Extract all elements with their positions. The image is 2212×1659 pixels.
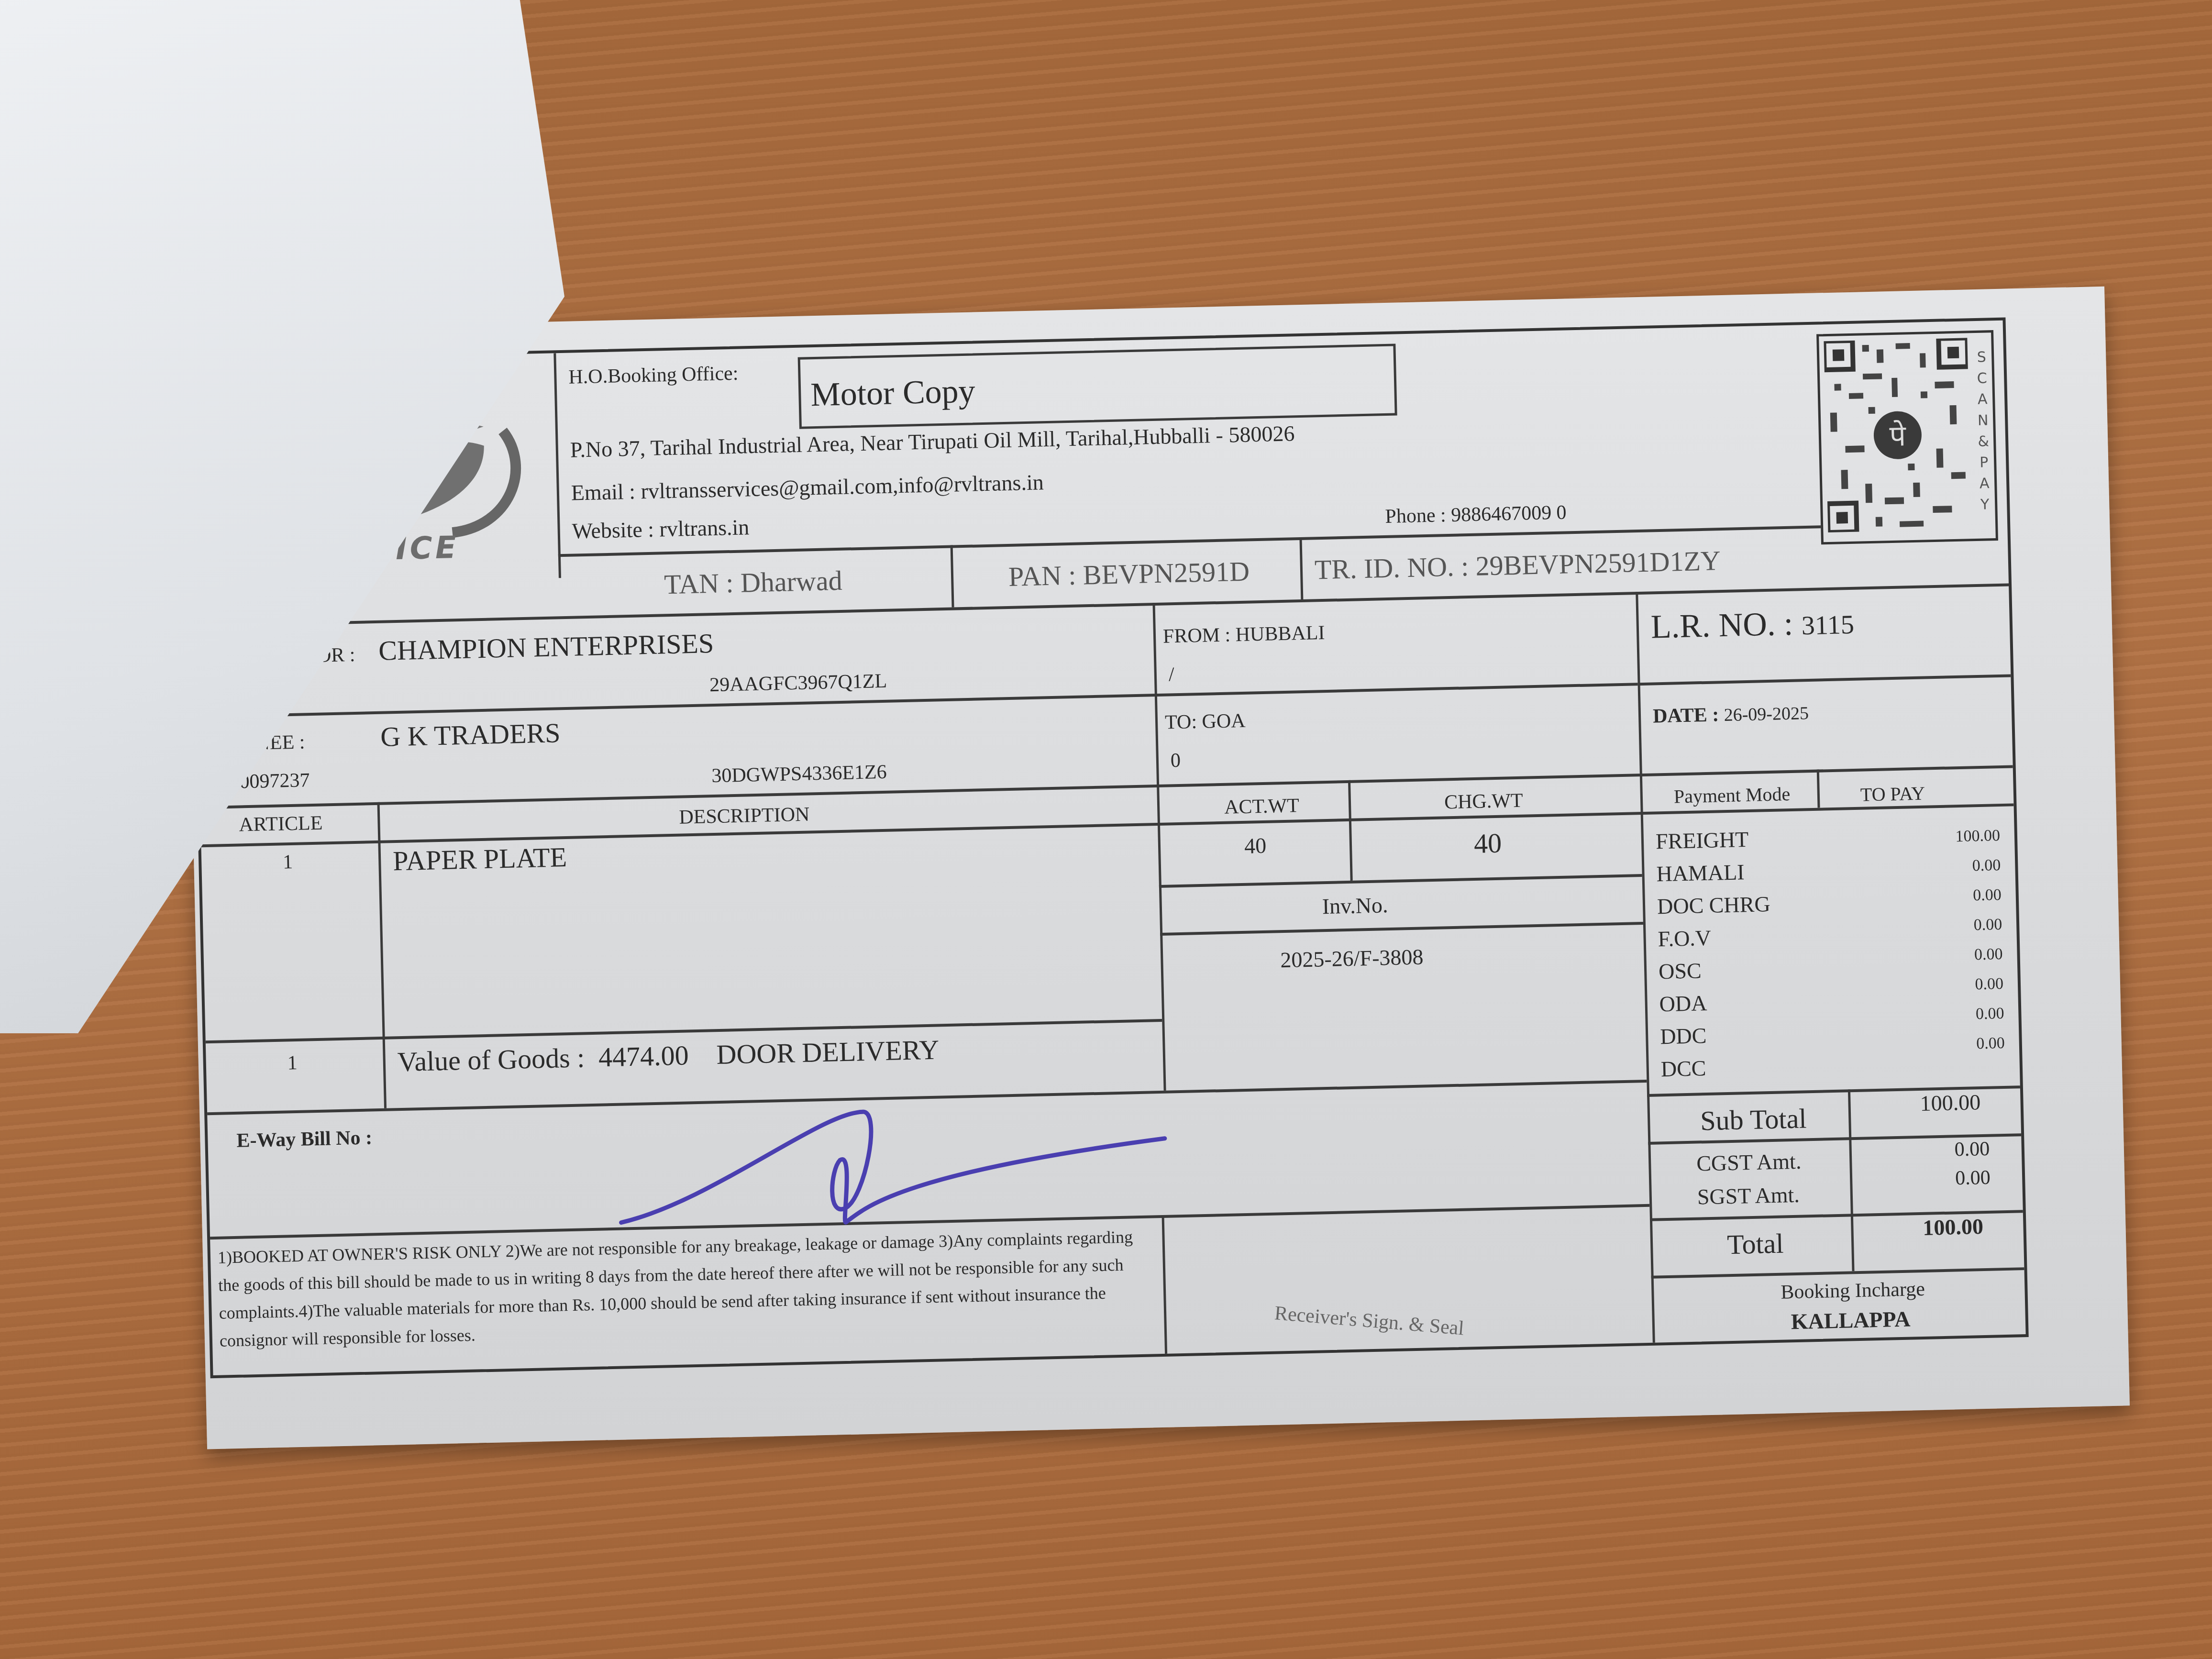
lr-number: L.R. NO. : 3115 (1650, 606, 1854, 644)
qr-code-icon: पे (1824, 338, 1971, 532)
row-article: 1 (283, 852, 293, 872)
cgst-value: 0.00 (1954, 1139, 1990, 1160)
total-value: 100.00 (1923, 1216, 1984, 1239)
subtotal-value: 100.00 (1920, 1091, 1981, 1115)
office-email: Email : rvltransservices@gmail.com,info@… (571, 471, 1044, 504)
cgst-label: CGST Amt. (1696, 1150, 1802, 1175)
value-of-goods: Value of Goods : 4474.00 DOOR DELIVERY (397, 1036, 940, 1076)
to-label: TO: GOA (1165, 711, 1246, 733)
goods-value: 4474.00 (598, 1040, 689, 1073)
delivery-type: DOOR DELIVERY (716, 1034, 940, 1070)
receipt-frame: ERVICE H.O.Booking Office: Motor Copy P.… (187, 318, 2028, 1379)
handwritten-signature (614, 1095, 1191, 1251)
to-city: GOA (1202, 710, 1246, 733)
from-sub: / (1168, 664, 1174, 685)
receiver-sign-label: Receiver's Sign. & Seal (1274, 1303, 1465, 1338)
consignee-name: G K TRADERS (380, 719, 561, 751)
th-chg-wt: CHG.WT (1444, 791, 1523, 813)
row-chg-wt: 40 (1473, 829, 1502, 858)
payment-qr-code[interactable]: पे SCAN &PAY (1816, 330, 1998, 544)
office-address: P.No 37, Tarihal Industrial Area, Near T… (570, 422, 1294, 461)
payment-mode-value: TO PAY (1860, 784, 1925, 805)
payment-mode-label: Payment Mode (1673, 785, 1790, 807)
total-label: Total (1727, 1230, 1784, 1259)
tr-id-number: TR. ID. NO. : 29BEVPN2591D1ZY (1314, 547, 1721, 584)
th-description: DESCRIPTION (679, 804, 810, 827)
th-article: ARTICLE (239, 813, 323, 835)
inv-number: 2025-26/F-3808 (1280, 946, 1424, 971)
pan-number: PAN : BEVPN2591D (1008, 558, 1250, 591)
booking-incharge-name: KALLAPPA (1791, 1308, 1911, 1333)
from-label: FROM : HUBBALI (1163, 623, 1325, 647)
copy-label-box: Motor Copy (798, 343, 1397, 429)
subtotal-label: Sub Total (1700, 1105, 1807, 1135)
consignor-gstin: 29AAGFC3967Q1ZL (709, 671, 887, 695)
consignor-name: CHAMPION ENTERPRISES (378, 630, 714, 665)
lr-date: DATE : 26-09-2025 (1653, 703, 1809, 726)
sgst-value: 0.00 (1955, 1168, 1991, 1189)
tan-number: TAN : Dharwad (664, 567, 842, 598)
consignee-gstin: 30DGWPS4336E1Z6 (711, 762, 887, 786)
office-website: Website : rvltrans.in (572, 516, 750, 542)
from-city: HUBBALI (1235, 622, 1325, 646)
th-act-wt: ACT.WT (1224, 796, 1300, 818)
lorry-receipt-paper: ERVICE H.O.Booking Office: Motor Copy P.… (182, 287, 2130, 1449)
office-phone: Phone : 9886467009 0 (1385, 502, 1567, 527)
svg-text:पे: पे (1889, 419, 1907, 453)
to-sub: 0 (1170, 751, 1181, 771)
sgst-label: SGST Amt. (1697, 1184, 1800, 1208)
row-act-wt: 40 (1244, 835, 1267, 857)
booking-incharge-label: Booking Incharge (1781, 1279, 1925, 1303)
copy-label: Motor Copy (810, 375, 976, 412)
scan-and-pay-text: SCAN &PAY (1974, 347, 1992, 516)
summary-article-count: 1 (287, 1053, 298, 1073)
office-title: H.O.Booking Office: (568, 364, 739, 387)
row-description: PAPER PLATE (393, 843, 567, 875)
eway-bill-label: E-Way Bill No : (236, 1128, 372, 1150)
inv-label: Inv.No. (1322, 894, 1388, 918)
